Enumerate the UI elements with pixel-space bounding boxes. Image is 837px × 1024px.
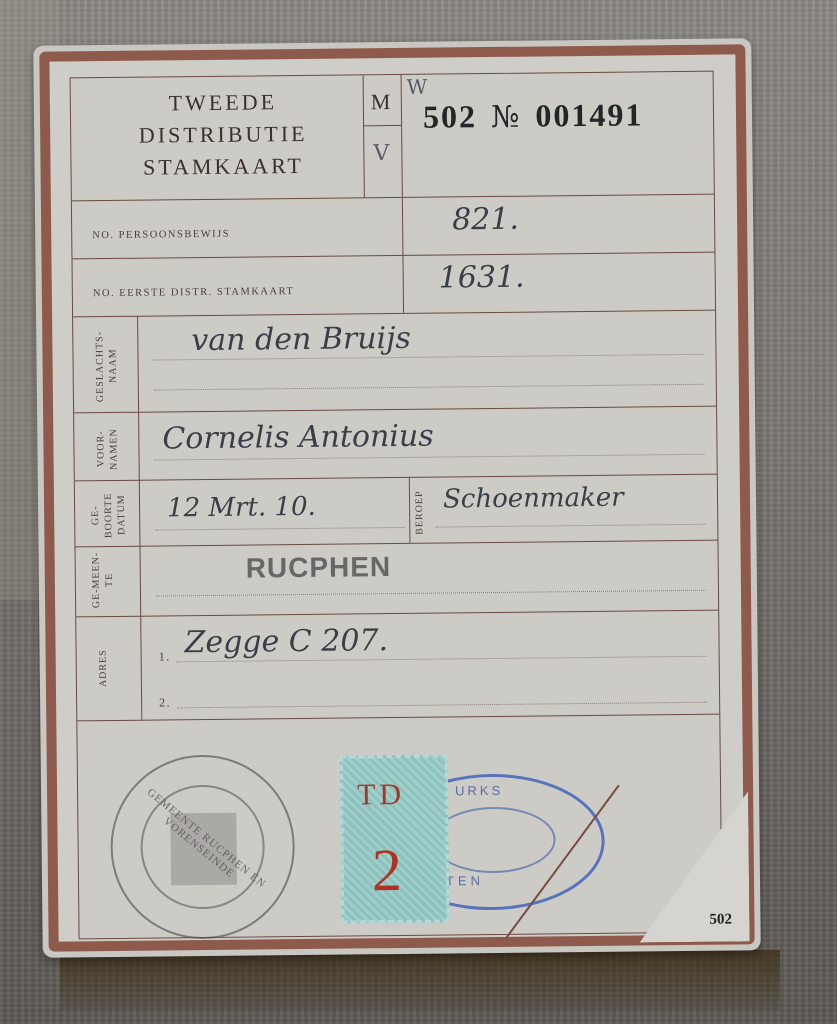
card-serial: 502№001491 (423, 96, 644, 135)
municipal-seal-stamp: GEMEENTE RUCPHEN EN VORENSEINDE (110, 754, 296, 940)
divider (74, 406, 716, 414)
divider (72, 252, 714, 260)
value-eerste-stamkaart: 1631. (439, 260, 525, 296)
blue-stamp-top-text: URKS (455, 783, 503, 799)
adres-line-1-number: 1. (159, 649, 171, 664)
value-geslachtsnaam: van den Bruijs (191, 321, 411, 358)
sex-box-m: M (371, 89, 391, 115)
dotted-line (154, 384, 704, 391)
value-geboortedatum: 12 Mrt. 10. (167, 492, 316, 524)
value-beroep: Schoenmaker (443, 483, 624, 515)
dotted-line (435, 524, 705, 528)
card-red-border: TWEEDE DISTRIBUTIE STAMKAART M W V 502№0… (39, 44, 754, 951)
blue-oval-inner-ring (431, 806, 556, 873)
title-line-3: STAMKAART (83, 149, 363, 184)
divider (75, 540, 717, 548)
corner-number: 502 (709, 912, 732, 929)
divider (137, 316, 142, 720)
divider (72, 194, 714, 202)
adres-line-2-number: 2. (159, 695, 171, 710)
distribution-card: TWEEDE DISTRIBUTIE STAMKAART M W V 502№0… (33, 38, 761, 957)
number-sign: № (491, 100, 522, 135)
revenue-stamp: TD 2 (340, 754, 450, 923)
dotted-line (156, 590, 706, 597)
divider (73, 310, 715, 318)
title-line-2: DISTRIBUTIE (83, 117, 363, 152)
card-shadow (60, 950, 780, 1010)
label-beroep: BEROEP (413, 485, 427, 541)
label-geslachtsnaam: GESLACHTS-NAAM (93, 324, 120, 408)
divider (76, 610, 718, 618)
card-title: TWEEDE DISTRIBUTIE STAMKAART (83, 85, 364, 184)
pencil-mark: W (407, 75, 428, 99)
value-adres-line-1: Zegge C 207. (184, 623, 388, 660)
label-voornamen: VOOR-NAMEN (94, 418, 121, 480)
divider (75, 474, 717, 482)
divider (77, 714, 719, 722)
pencil-check: V (373, 141, 389, 166)
label-eerste-stamkaart: NO. EERSTE DISTR. STAMKAART (93, 286, 295, 299)
title-line-1: TWEEDE (83, 85, 363, 120)
revenue-stamp-value: 2 (372, 836, 403, 905)
revenue-stamp-letters: TD (357, 778, 405, 813)
label-adres: ADRES (96, 638, 110, 698)
value-gemeente-stamp: RUCPHEN (246, 551, 392, 585)
value-persoonsbewijs: 821. (452, 202, 519, 238)
label-geboortedatum: GE-BOORTE DATUM (89, 484, 129, 546)
dotted-line (177, 702, 707, 709)
divider (363, 125, 401, 126)
value-voornamen: Cornelis Antonius (162, 419, 434, 457)
series-number: 502 (423, 98, 477, 135)
blue-stamp-bottom-text: TEN (446, 873, 484, 888)
card-form-grid: TWEEDE DISTRIBUTIE STAMKAART M W V 502№0… (70, 71, 723, 940)
corner-coupon (638, 791, 750, 942)
divider (363, 75, 365, 197)
label-gemeente: GE-MEEN-TE (90, 550, 117, 610)
card-number: 001491 (535, 96, 643, 133)
label-persoonsbewijs: NO. PERSOONSBEWIJS (92, 229, 230, 241)
divider (409, 477, 411, 543)
dotted-line (155, 527, 405, 531)
divider (401, 75, 403, 197)
